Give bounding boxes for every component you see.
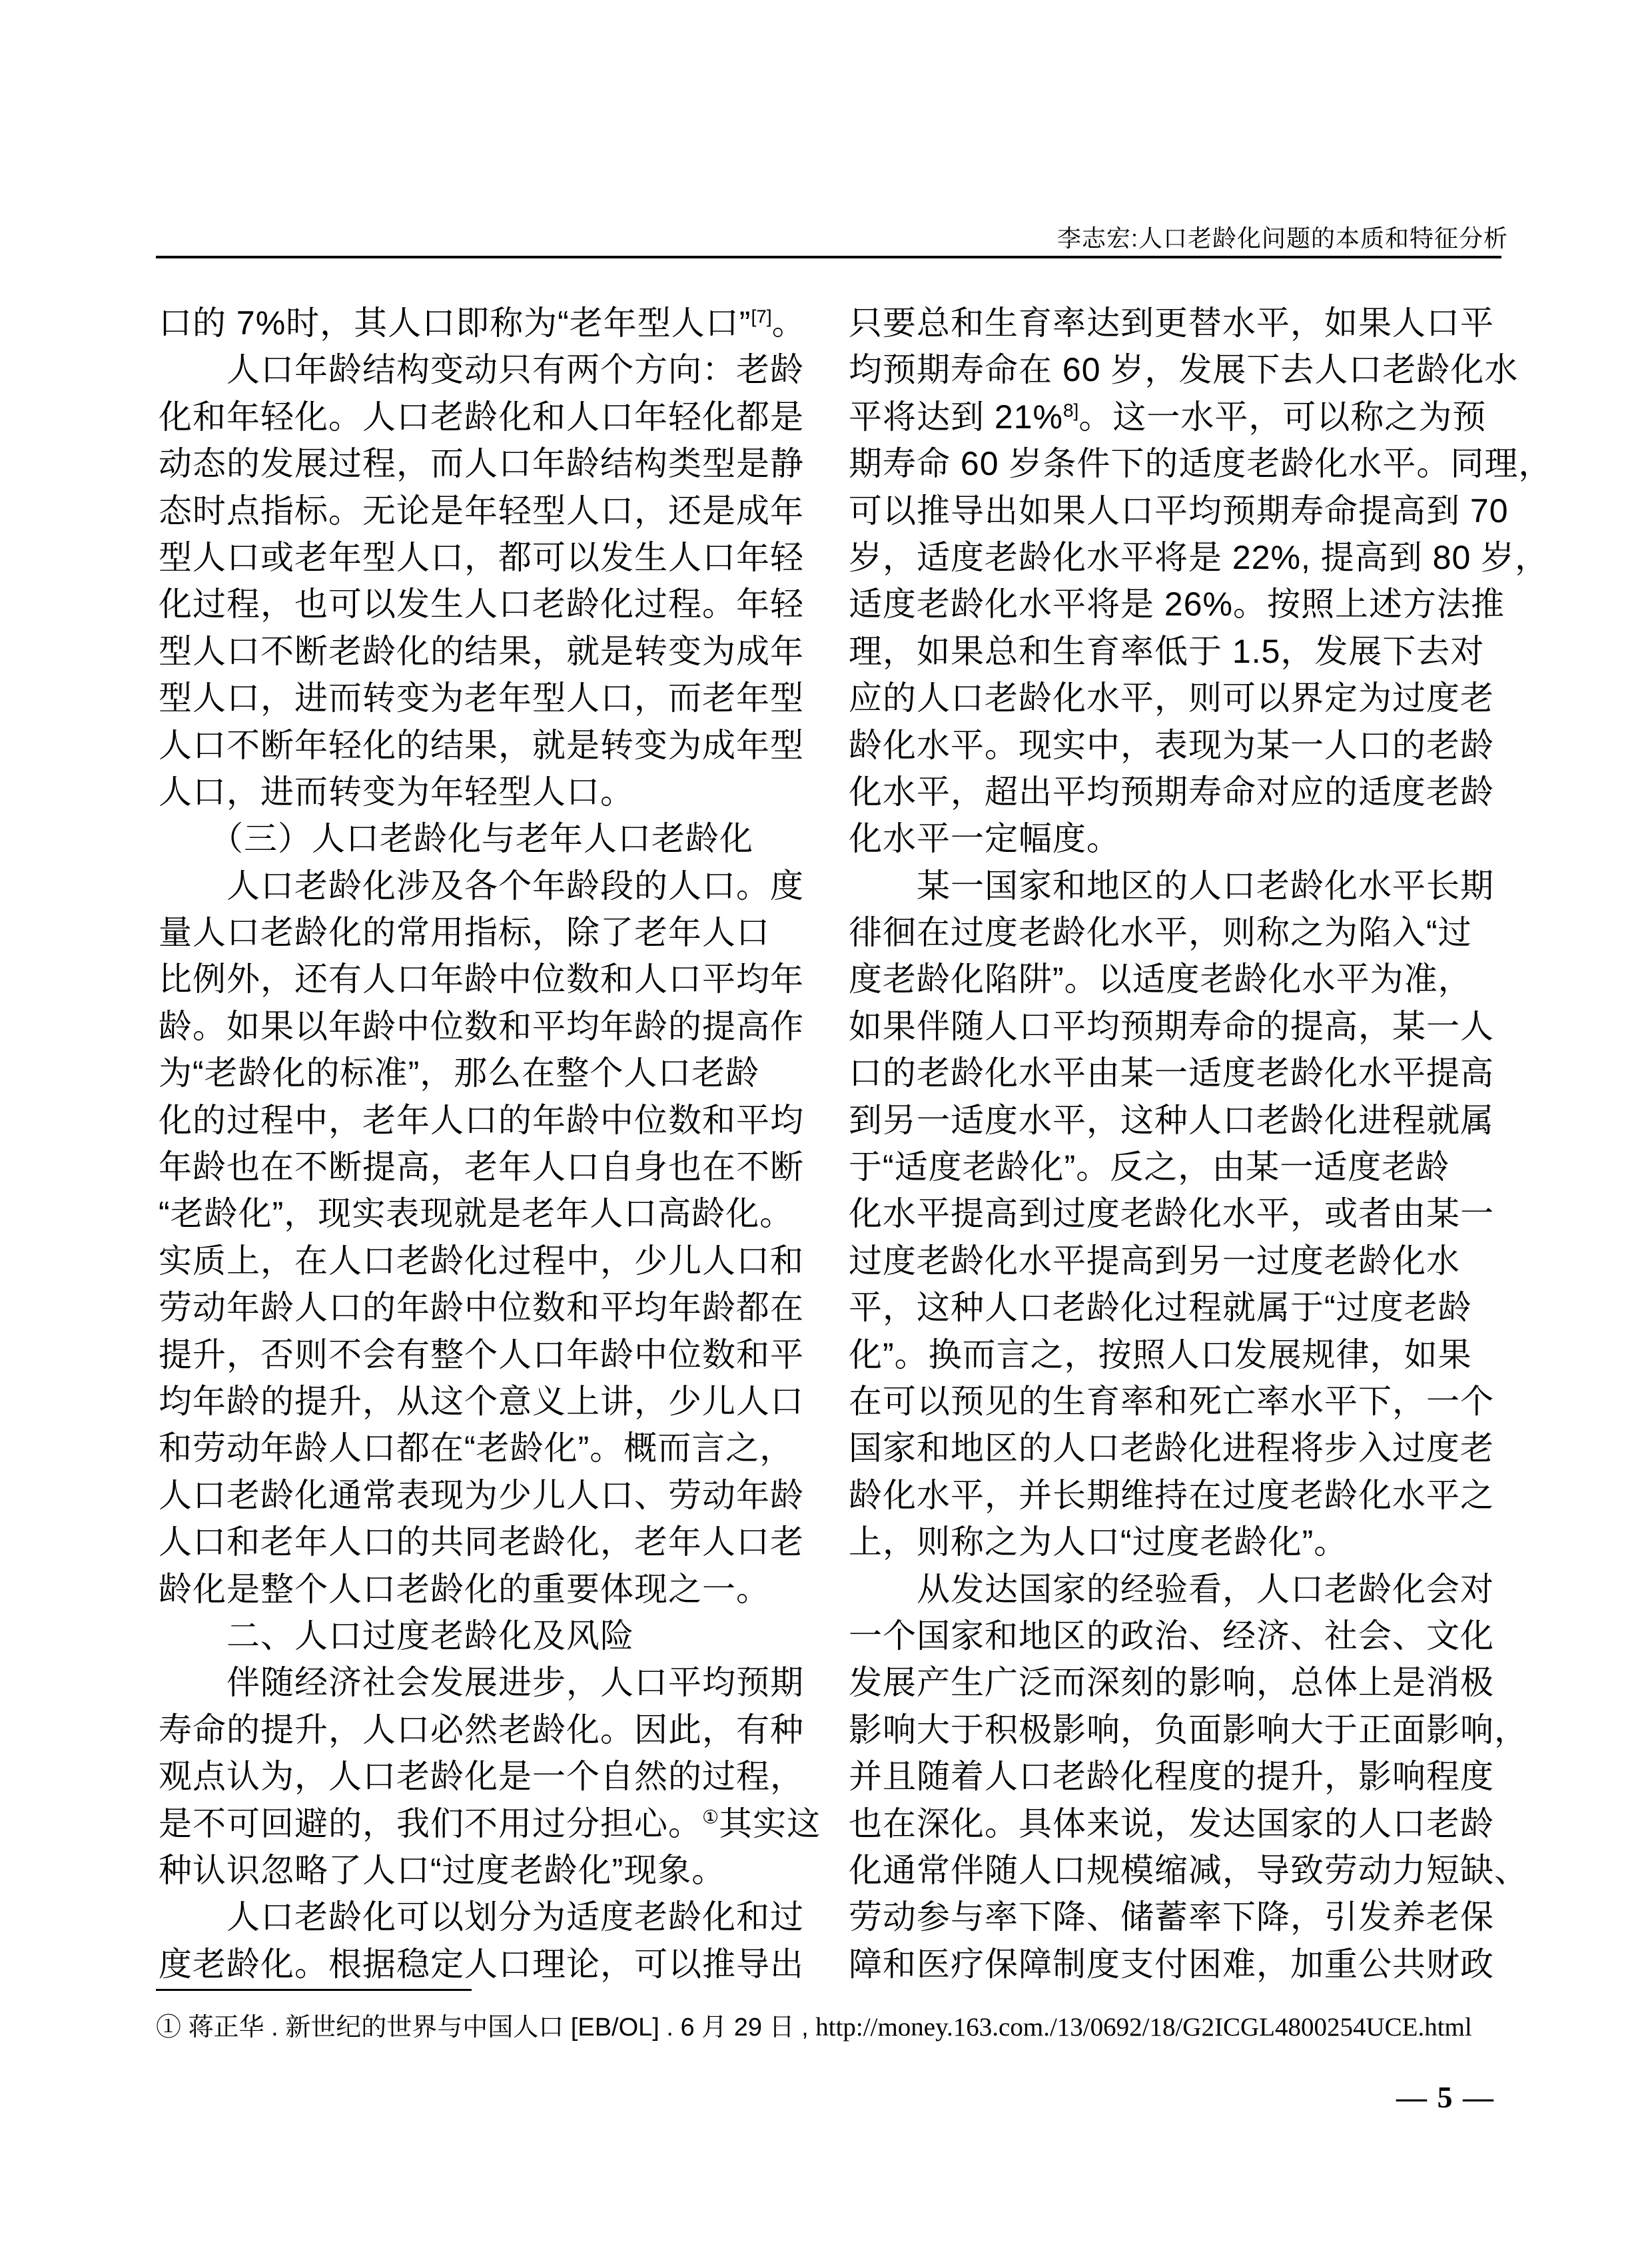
text-line: 人口不断年轻化的结果，就是转变为成年型 <box>159 722 818 769</box>
text-line: 劳动年龄人口的年龄中位数和平均年龄都在 <box>159 1284 818 1331</box>
text-line: 提升，否则不会有整个人口年龄中位数和平 <box>159 1331 818 1378</box>
header-rule <box>156 256 1501 258</box>
footnote-url: http://money.163.com./13/0692/18/G2ICGL4… <box>815 2013 1471 2042</box>
text-line: 于“适度老龄化”。反之，由某一适度老龄 <box>849 1144 1508 1190</box>
text-line: 平，这种人口老龄化过程就属于“过度老龄 <box>849 1284 1508 1331</box>
text-line: 是不可回避的，我们不用过分担心。①其实这 <box>159 1800 818 1847</box>
text-line: 一个国家和地区的政治、经济、社会、文化 <box>849 1613 1508 1659</box>
text-line: 口的老龄化水平由某一适度老龄化水平提高 <box>849 1050 1508 1096</box>
text-line: 人口老龄化通常表现为少儿人口、劳动年龄 <box>159 1472 818 1519</box>
text-line: 发展产生广泛而深刻的影响，总体上是消极 <box>849 1659 1508 1706</box>
text-line: 人口年龄结构变动只有两个方向：老龄 <box>159 346 818 393</box>
text-line: 上，则称之为人口“过度老龄化”。 <box>849 1519 1508 1565</box>
text-line: 也在深化。具体来说，发达国家的人口老龄 <box>849 1800 1508 1847</box>
text-line: 型人口不断老龄化的结果，就是转变为成年 <box>159 628 818 675</box>
text-line: 型人口或老年型人口，都可以发生人口年轻 <box>159 534 818 581</box>
right-text-column: 只要总和生育率达到更替水平，如果人口平均预期寿命在 60 岁，发展下去人口老龄化… <box>849 300 1508 1988</box>
text-line: 化过程，也可以发生人口老龄化过程。年轻 <box>159 581 818 627</box>
text-line: 期寿命 60 岁条件下的适度老龄化水平。同理， <box>849 440 1508 487</box>
text-line: 平将达到 21%8]。这一水平，可以称之为预 <box>849 394 1508 440</box>
text-line: 寿命的提升，人口必然老龄化。因此，有种 <box>159 1706 818 1753</box>
text-line: 理，如果总和生育率低于 1.5，发展下去对 <box>849 628 1508 675</box>
text-line: 均预期寿命在 60 岁，发展下去人口老龄化水 <box>849 346 1508 393</box>
text-line: 如果伴随人口平均预期寿命的提高，某一人 <box>849 1003 1508 1050</box>
text-line: 度老龄化。根据稳定人口理论，可以推导出 <box>159 1941 818 1988</box>
text-line: 比例外，还有人口年龄中位数和人口平均年 <box>159 956 818 1002</box>
text-line: 化通常伴随人口规模缩减，导致劳动力短缺、 <box>849 1847 1508 1894</box>
text-line: 观点认为，人口老龄化是一个自然的过程， <box>159 1753 818 1800</box>
text-line: 化”。换而言之，按照人口发展规律，如果 <box>849 1331 1508 1378</box>
text-line: 劳动参与率下降、储蓄率下降，引发养老保 <box>849 1894 1508 1940</box>
text-line: 型人口，进而转变为老年型人口，而老年型 <box>159 675 818 721</box>
text-line: 量人口老龄化的常用指标，除了老年人口 <box>159 909 818 956</box>
text-line: 化水平一定幅度。 <box>849 815 1508 862</box>
text-line: 影响大于积极影响，负面影响大于正面影响， <box>849 1706 1508 1753</box>
text-line: 徘徊在过度老龄化水平，则称之为陷入“过 <box>849 909 1508 956</box>
text-line: 二、人口过度老龄化及风险 <box>159 1613 818 1659</box>
text-line: 化水平提高到过度老龄化水平，或者由某一 <box>849 1190 1508 1237</box>
text-line: 伴随经济社会发展进步，人口平均预期 <box>159 1659 818 1706</box>
text-line: 化和年轻化。人口老龄化和人口年轻化都是 <box>159 394 818 440</box>
text-line: 应的人口老龄化水平，则可以界定为过度老 <box>849 675 1508 721</box>
text-line: 化水平，超出平均预期寿命对应的适度老龄 <box>849 769 1508 815</box>
text-line: 实质上，在人口老龄化过程中，少儿人口和 <box>159 1238 818 1284</box>
text-line: 障和医疗保障制度支付困难，加重公共财政 <box>849 1941 1508 1988</box>
text-line: 适度老龄化水平将是 26%。按照上述方法推 <box>849 581 1508 627</box>
running-head: 李志宏:人口老龄化问题的本质和特征分析 <box>156 220 1508 254</box>
text-line: 度老龄化陷阱”。以适度老龄化水平为准， <box>849 956 1508 1002</box>
left-text-column: 口的 7%时，其人口即称为“老年型人口”[7]。 人口年龄结构变动只有两个方向：… <box>159 300 818 1988</box>
text-line: 龄化水平，并长期维持在过度老龄化水平之 <box>849 1472 1508 1519</box>
text-line: 为“老龄化的标准”，那么在整个人口老龄 <box>159 1050 818 1096</box>
text-line: 只要总和生育率达到更替水平，如果人口平 <box>849 300 1508 346</box>
paper-page: 李志宏:人口老龄化问题的本质和特征分析 口的 7%时，其人口即称为“老年型人口”… <box>0 0 1652 2242</box>
text-line: 龄化水平。现实中，表现为某一人口的老龄 <box>849 722 1508 769</box>
text-line: 人口和老年人口的共同老龄化，老年人口老 <box>159 1519 818 1565</box>
text-line: 动态的发展过程，而人口年龄结构类型是静 <box>159 440 818 487</box>
superscript-reference: 8] <box>1063 400 1078 420</box>
text-line: （三）人口老龄化与老年人口老龄化 <box>159 815 818 862</box>
text-line: 过度老龄化水平提高到另一过度老龄化水 <box>849 1238 1508 1284</box>
text-line: 人口老龄化可以划分为适度老龄化和过 <box>159 1894 818 1940</box>
text-line: 态时点指标。无论是年轻型人口，还是成年 <box>159 488 818 534</box>
text-line: 龄化是整个人口老龄化的重要体现之一。 <box>159 1566 818 1613</box>
text-line: 某一国家和地区的人口老龄化水平长期 <box>849 863 1508 909</box>
text-line: 龄。如果以年龄中位数和平均年龄的提高作 <box>159 1003 818 1050</box>
text-line: 年龄也在不断提高，老年人口自身也在不断 <box>159 1144 818 1190</box>
text-line: 从发达国家的经验看，人口老龄化会对 <box>849 1566 1508 1613</box>
text-line: 和劳动年龄人口都在“老龄化”。概而言之， <box>159 1425 818 1471</box>
text-line: 到另一适度水平，这种人口老龄化进程就属 <box>849 1097 1508 1144</box>
text-line: 在可以预见的生育率和死亡率水平下，一个 <box>849 1378 1508 1425</box>
text-line: 口的 7%时，其人口即称为“老年型人口”[7]。 <box>159 300 818 346</box>
text-line: 人口老龄化涉及各个年龄段的人口。度 <box>159 863 818 909</box>
text-line: “老龄化”，现实表现就是老年人口高龄化。 <box>159 1190 818 1237</box>
page-number: — 5 — <box>156 2079 1495 2115</box>
text-line: 人口，进而转变为年轻型人口。 <box>159 769 818 815</box>
text-line: 岁，适度老龄化水平将是 22%, 提高到 80 岁， <box>849 534 1508 581</box>
superscript-reference: ① <box>702 1806 719 1827</box>
text-line: 种认识忽略了人口“过度老龄化”现象。 <box>159 1847 818 1894</box>
text-line: 并且随着人口老龄化程度的提升，影响程度 <box>849 1753 1508 1800</box>
footnote: ① 蒋正华 . 新世纪的世界与中国人口 [EB/OL] . 6 月 29 日 ,… <box>156 2010 1508 2045</box>
footnote-citation: ① 蒋正华 . 新世纪的世界与中国人口 [EB/OL] . 6 月 29 日 , <box>156 2014 815 2042</box>
text-line: 国家和地区的人口老龄化进程将步入过度老 <box>849 1425 1508 1471</box>
text-line: 可以推导出如果人口平均预期寿命提高到 70 <box>849 488 1508 534</box>
text-line: 均年龄的提升，从这个意义上讲，少儿人口 <box>159 1378 818 1425</box>
superscript-reference: [7] <box>751 306 771 326</box>
footnote-rule <box>156 1989 472 1991</box>
text-line: 化的过程中，老年人口的年龄中位数和平均 <box>159 1097 818 1144</box>
